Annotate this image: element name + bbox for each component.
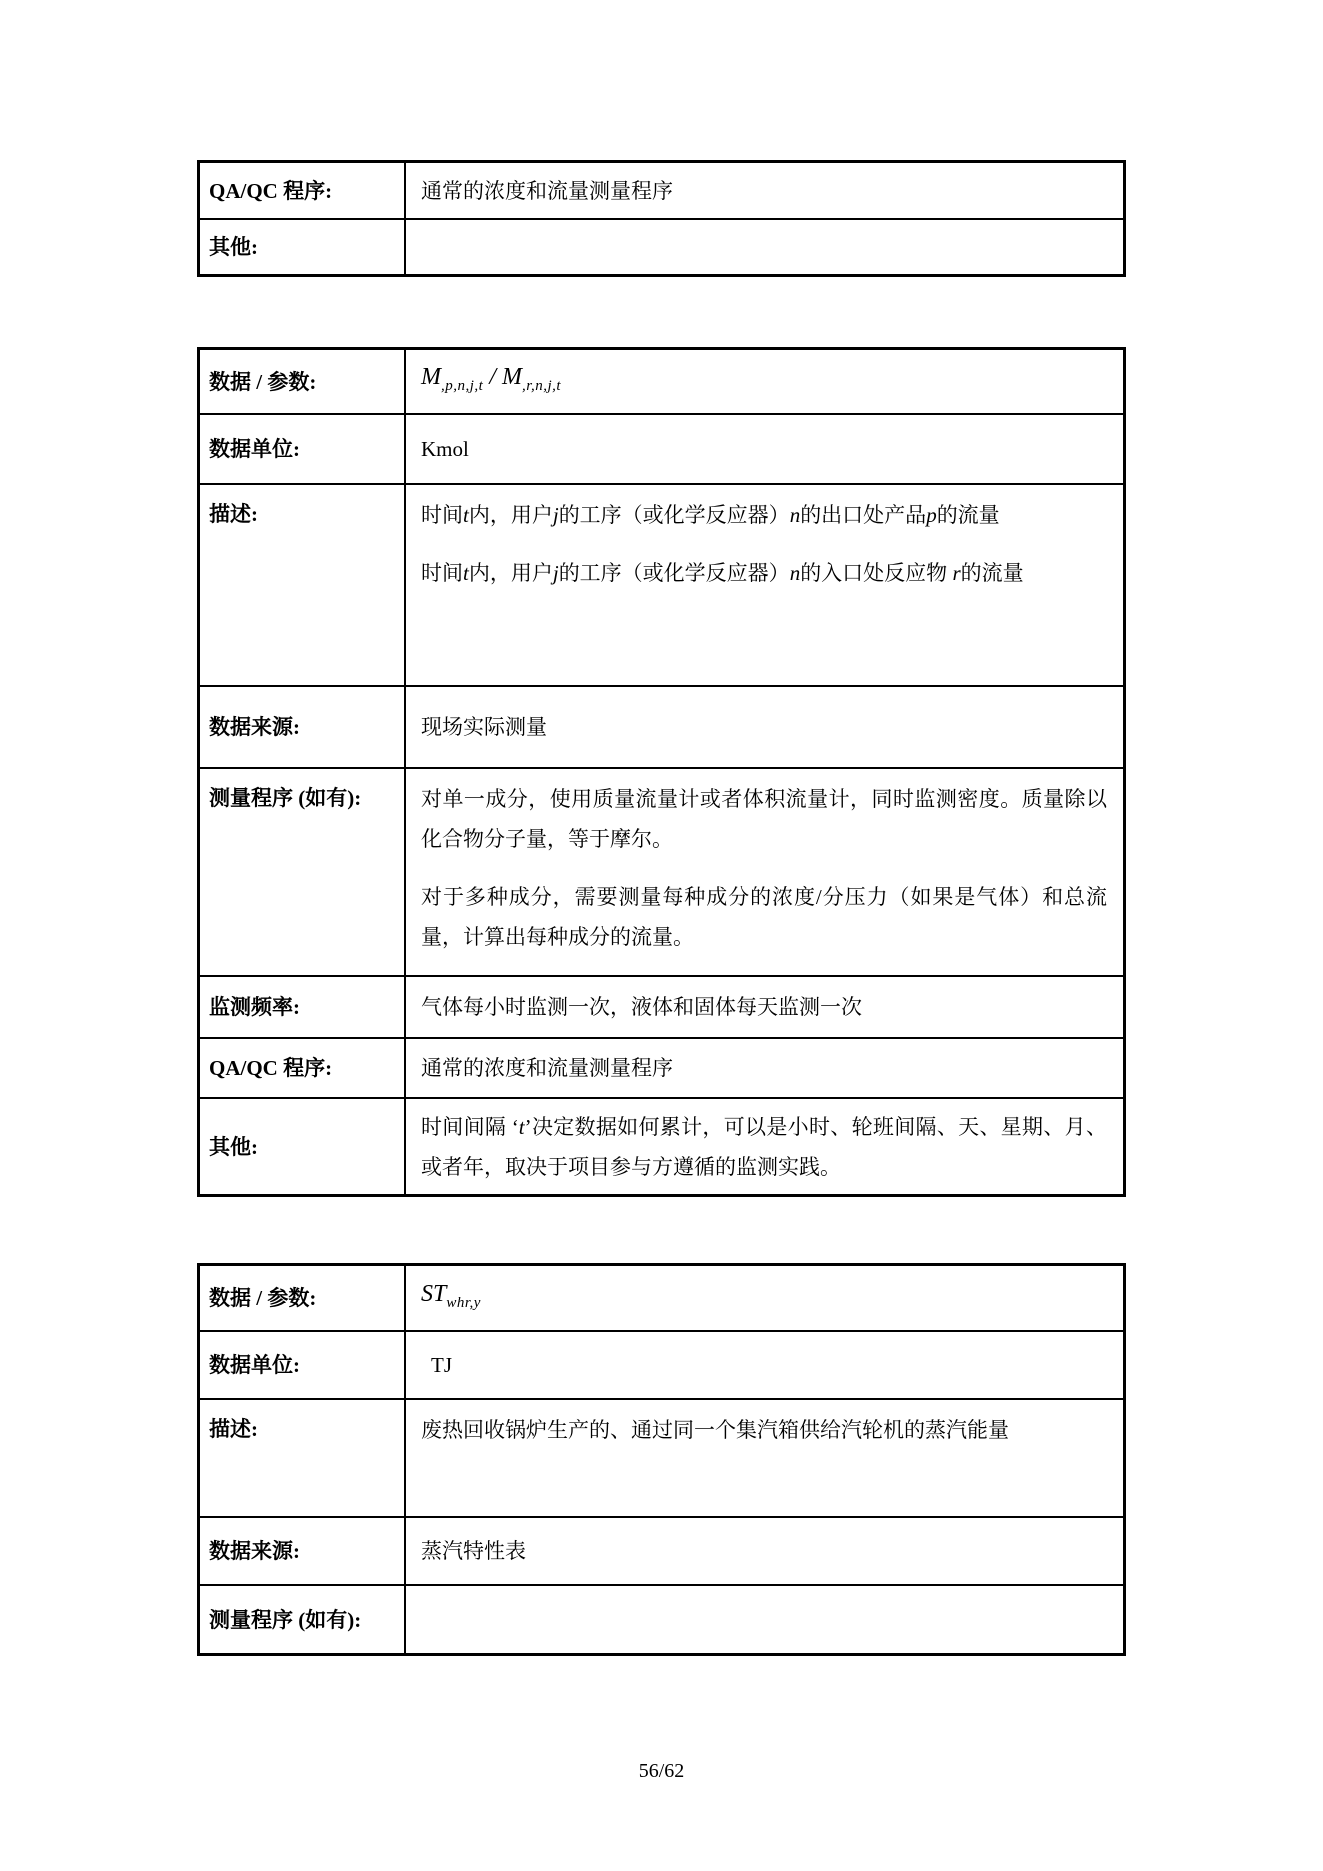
row-value-parameter: M,p,n,j,t/M,r,n,j,t xyxy=(406,350,1123,413)
label-text: 描述: xyxy=(209,499,258,529)
table-row: 描述: 废热回收锅炉生产的、通过同一个集汽箱供给汽轮机的蒸汽能量 xyxy=(200,1398,1123,1516)
table-row: 数据来源: 蒸汽特性表 xyxy=(200,1516,1123,1584)
parameter-formula: M,p,n,j,t/M,r,n,j,t xyxy=(421,357,1107,406)
row-value-source: 蒸汽特性表 xyxy=(406,1518,1123,1584)
table-row: QA/QC 程序: 通常的浓度和流量测量程序 xyxy=(200,1037,1123,1097)
row-value-other xyxy=(406,220,1123,274)
parameter-table-m: 数据 / 参数: M,p,n,j,t/M,r,n,j,t 数据单位: Kmol … xyxy=(197,347,1126,1197)
value-text: 通常的浓度和流量测量程序 xyxy=(421,1048,1107,1088)
value-text: 蒸汽特性表 xyxy=(421,1531,1107,1571)
row-value-unit: TJ xyxy=(406,1332,1123,1398)
description-paragraph: 时间t内，用户j的工序（或化学反应器）n的出口处产品p的流量 xyxy=(421,495,1107,535)
table-row: 测量程序 (如有): xyxy=(200,1584,1123,1653)
row-label-parameter: 数据 / 参数: xyxy=(200,350,406,413)
row-label-qaqc: QA/QC 程序: xyxy=(200,1039,406,1097)
row-value-source: 现场实际测量 xyxy=(406,687,1123,767)
label-text: QA/QC 程序: xyxy=(209,176,332,206)
value-text: 通常的浓度和流量测量程序 xyxy=(421,171,1107,211)
row-label-description: 描述: xyxy=(200,485,406,685)
procedure-paragraph: 对单一成分，使用质量流量计或者体积流量计，同时监测密度。质量除以化合物分子量，等… xyxy=(421,779,1107,859)
procedure-paragraph: 对于多种成分，需要测量每种成分的浓度/分压力（如果是气体）和总流量，计算出每种成… xyxy=(421,877,1107,957)
label-text: 监测频率: xyxy=(209,992,300,1022)
row-value-description: 废热回收锅炉生产的、通过同一个集汽箱供给汽轮机的蒸汽能量 xyxy=(406,1400,1123,1516)
row-value-procedure: 对单一成分，使用质量流量计或者体积流量计，同时监测密度。质量除以化合物分子量，等… xyxy=(406,769,1123,975)
row-label-qaqc: QA/QC 程序: xyxy=(200,163,406,218)
row-value-other: 时间间隔 ‘t’决定数据如何累计，可以是小时、轮班间隔、天、星期、月、或者年，取… xyxy=(406,1099,1123,1194)
label-text: 数据 / 参数: xyxy=(209,1283,316,1313)
row-label-other: 其他: xyxy=(200,220,406,274)
description-paragraph: 时间t内，用户j的工序（或化学反应器）n的入口处反应物 r的流量 xyxy=(421,553,1107,593)
label-text: 测量程序 (如有): xyxy=(209,783,361,813)
row-label-unit: 数据单位: xyxy=(200,1332,406,1398)
table-row: QA/QC 程序: 通常的浓度和流量测量程序 xyxy=(200,163,1123,218)
table-row: 数据单位: Kmol xyxy=(200,413,1123,483)
value-text: Kmol xyxy=(421,429,1107,469)
label-text: QA/QC 程序: xyxy=(209,1053,332,1083)
label-text: 数据 / 参数: xyxy=(209,367,316,397)
parameter-table-st: 数据 / 参数: STwhr,y 数据单位: TJ 描述: 废热回收锅炉生产的、… xyxy=(197,1263,1126,1656)
table-row: 其他: 时间间隔 ‘t’决定数据如何累计，可以是小时、轮班间隔、天、星期、月、或… xyxy=(200,1097,1123,1194)
description-paragraph: 废热回收锅炉生产的、通过同一个集汽箱供给汽轮机的蒸汽能量 xyxy=(421,1410,1107,1450)
table-row: 数据来源: 现场实际测量 xyxy=(200,685,1123,767)
formula-subscript: ,r,n,j,t xyxy=(522,378,561,394)
formula-separator: / xyxy=(483,364,502,390)
table-row: 数据 / 参数: M,p,n,j,t/M,r,n,j,t xyxy=(200,350,1123,413)
table-row: 数据单位: TJ xyxy=(200,1330,1123,1398)
label-text: 其他: xyxy=(209,232,258,262)
row-label-description: 描述: xyxy=(200,1400,406,1516)
row-value-frequency: 气体每小时监测一次，液体和固体每天监测一次 xyxy=(406,977,1123,1037)
label-text: 描述: xyxy=(209,1414,258,1444)
value-text: 气体每小时监测一次，液体和固体每天监测一次 xyxy=(421,987,1107,1027)
formula-subscript: whr,y xyxy=(446,1294,481,1310)
parameter-formula: STwhr,y xyxy=(421,1274,1107,1323)
label-text: 其他: xyxy=(209,1132,258,1162)
value-text: TJ xyxy=(421,1345,1107,1385)
row-label-parameter: 数据 / 参数: xyxy=(200,1266,406,1330)
value-text: 时间间隔 ‘t’决定数据如何累计，可以是小时、轮班间隔、天、星期、月、或者年，取… xyxy=(421,1107,1107,1187)
page-number: 56/62 xyxy=(0,1760,1323,1783)
row-label-source: 数据来源: xyxy=(200,687,406,767)
row-label-procedure: 测量程序 (如有): xyxy=(200,769,406,975)
document-page: QA/QC 程序: 通常的浓度和流量测量程序 其他: 数据 / 参数: M,p,… xyxy=(0,0,1323,1871)
row-value-qaqc: 通常的浓度和流量测量程序 xyxy=(406,1039,1123,1097)
table-row: 描述: 时间t内，用户j的工序（或化学反应器）n的出口处产品p的流量 时间t内，… xyxy=(200,483,1123,685)
label-text: 数据来源: xyxy=(209,712,300,742)
formula-subscript: ,p,n,j,t xyxy=(441,378,483,394)
table-row: 测量程序 (如有): 对单一成分，使用质量流量计或者体积流量计，同时监测密度。质… xyxy=(200,767,1123,975)
table-row: 其他: xyxy=(200,218,1123,274)
row-value-qaqc: 通常的浓度和流量测量程序 xyxy=(406,163,1123,218)
label-text: 数据来源: xyxy=(209,1536,300,1566)
label-text: 测量程序 (如有): xyxy=(209,1605,361,1635)
row-label-source: 数据来源: xyxy=(200,1518,406,1584)
label-text: 数据单位: xyxy=(209,434,300,464)
row-label-unit: 数据单位: xyxy=(200,415,406,483)
table-row: 数据 / 参数: STwhr,y xyxy=(200,1266,1123,1330)
row-value-procedure xyxy=(406,1586,1123,1653)
row-label-procedure: 测量程序 (如有): xyxy=(200,1586,406,1653)
value-text: 现场实际测量 xyxy=(421,707,1107,747)
formula-base: M xyxy=(421,364,441,390)
row-label-other: 其他: xyxy=(200,1099,406,1194)
table-row: 监测频率: 气体每小时监测一次，液体和固体每天监测一次 xyxy=(200,975,1123,1037)
parameter-table-qaqc-other: QA/QC 程序: 通常的浓度和流量测量程序 其他: xyxy=(197,160,1126,277)
formula-base: ST xyxy=(421,1281,446,1307)
formula-base: M xyxy=(502,364,522,390)
row-value-unit: Kmol xyxy=(406,415,1123,483)
row-value-description: 时间t内，用户j的工序（或化学反应器）n的出口处产品p的流量 时间t内，用户j的… xyxy=(406,485,1123,685)
row-value-parameter: STwhr,y xyxy=(406,1266,1123,1330)
row-label-frequency: 监测频率: xyxy=(200,977,406,1037)
label-text: 数据单位: xyxy=(209,1350,300,1380)
